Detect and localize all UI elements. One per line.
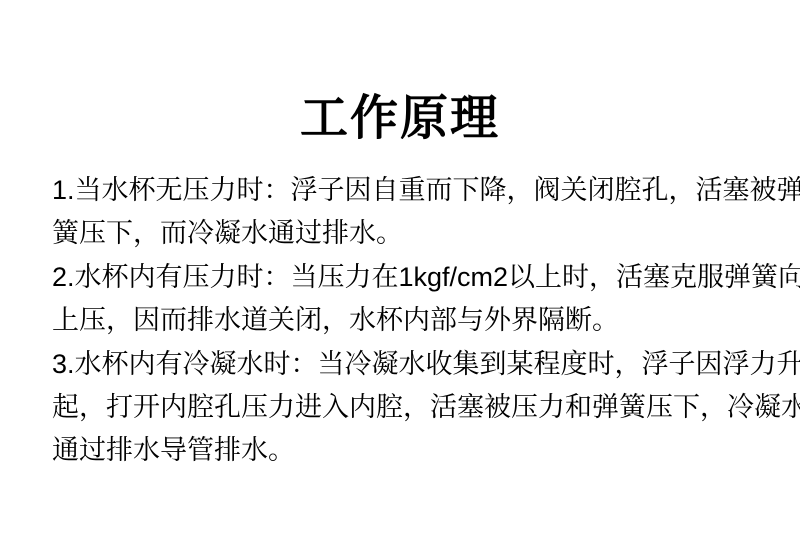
body-text: 1.当水杯无压力时：浮子因自重而下降，阀关闭腔孔，活塞被弹 簧压下，而冷凝水通过… xyxy=(0,169,800,473)
paragraph-1: 1.当水杯无压力时：浮子因自重而下降，阀关闭腔孔，活塞被弹 簧压下，而冷凝水通过… xyxy=(52,169,748,256)
paragraph-2-line-2: 上压，因而排水道关闭，水杯内部与外界隔断。 xyxy=(52,299,748,342)
paragraph-3-line-3: 通过排水导管排水。 xyxy=(52,429,748,472)
paragraph-2: 2.水杯内有压力时：当压力在1kgf/cm2以上时，活塞克服弹簧向 上压，因而排… xyxy=(52,256,748,343)
page-title: 工作原理 xyxy=(0,90,800,148)
paragraph-1-line-2: 簧压下，而冷凝水通过排水。 xyxy=(52,212,748,255)
document-page: 工作原理 1.当水杯无压力时：浮子因自重而下降，阀关闭腔孔，活塞被弹 簧压下，而… xyxy=(0,0,800,535)
paragraph-3-line-2: 起，打开内腔孔压力进入内腔，活塞被压力和弹簧压下，冷凝水 xyxy=(52,386,748,429)
paragraph-2-line-1: 2.水杯内有压力时：当压力在1kgf/cm2以上时，活塞克服弹簧向 xyxy=(52,256,748,299)
paragraph-3: 3.水杯内有冷凝水时：当冷凝水收集到某程度时，浮子因浮力升 起，打开内腔孔压力进… xyxy=(52,343,748,473)
paragraph-3-line-1: 3.水杯内有冷凝水时：当冷凝水收集到某程度时，浮子因浮力升 xyxy=(52,343,748,386)
paragraph-1-line-1: 1.当水杯无压力时：浮子因自重而下降，阀关闭腔孔，活塞被弹 xyxy=(52,169,748,212)
